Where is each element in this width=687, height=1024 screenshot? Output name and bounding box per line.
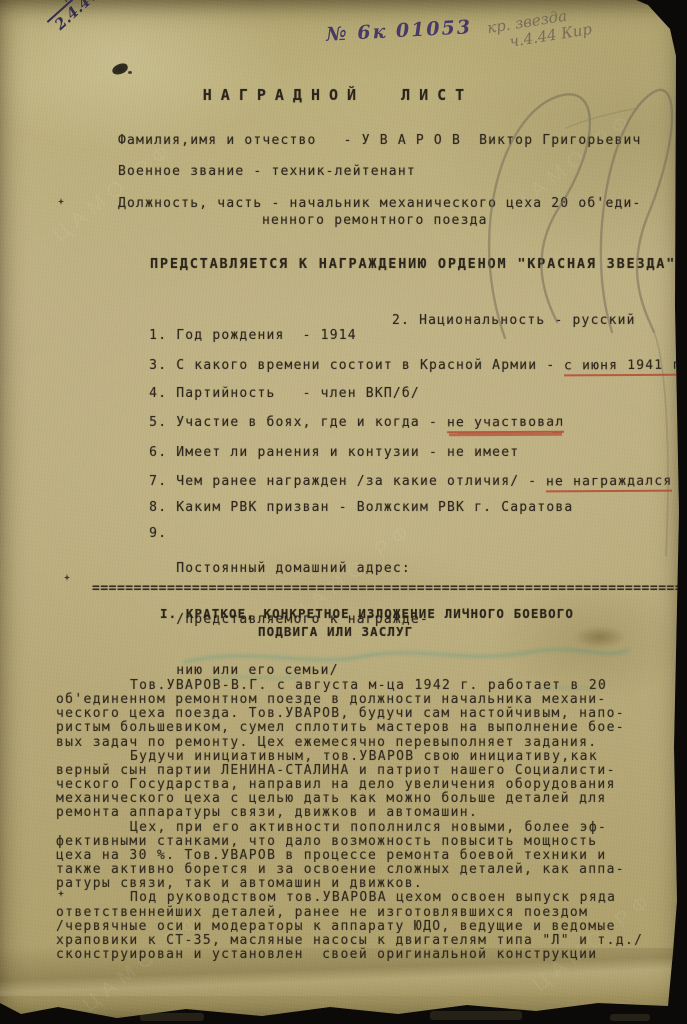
handwritten-date-mark: к 2.4.44 (40, 0, 105, 36)
body-line: фективными станками, что дало возможност… (56, 835, 656, 849)
item-number: 2. (392, 313, 410, 328)
item-text: Партийность - член ВКП/б/ (176, 386, 420, 401)
body-line: /червячные оси и модераторы к аппарату Ю… (56, 920, 656, 934)
field-position-line: Должность, часть - начальник механическо… (118, 196, 642, 211)
address-line: нию или его семьи/ (176, 662, 429, 679)
under-page-fragment (140, 1013, 204, 1021)
field-name-line: Фамилия,имя и отчество - У В А Р О В Вик… (118, 133, 642, 148)
ink-speck (58, 198, 64, 205)
body-line: ответственнейших деталей, ранее не изгот… (56, 906, 656, 920)
item-number: 9. (149, 526, 167, 541)
handwritten-document-number: № 6к 01053 (326, 16, 473, 46)
item-number: 5. (149, 415, 167, 430)
section-title-line2: ПОДВИГА ИЛИ ЗАСЛУГ (258, 624, 413, 639)
item-birth-year: 1.Год рождения - 1914 (149, 328, 357, 343)
body-line: Будучи инициативным, тов.УВАРОВ свою ини… (56, 750, 656, 764)
item-number: 1. (149, 328, 167, 343)
handwritten-award-note: кр. звезда ч.4.44 Кир (486, 4, 593, 54)
body-line: вых задач по ремонту. Цех ежемесячно пер… (56, 736, 656, 750)
body-line: ремонта аппаратуры связи, движков и авто… (56, 806, 656, 820)
ink-speck (64, 574, 70, 581)
document-page: ЦАМО РФ ЦАМО РФ ЦАМО РФ ЦАМО РФ ЦАМО РФ … (0, 0, 687, 1024)
ink-blot (111, 62, 129, 76)
field-rank-line: Военное звание - техник-лейтенант (118, 164, 416, 179)
ink-dot (128, 71, 132, 74)
document-title: НАГРАДНОЙ ЛИСТ (0, 86, 676, 104)
paper-stain (574, 626, 626, 648)
field-position-line-cont: ненного ремонтного поезда (262, 213, 488, 228)
body-line: ристым большевиком, сумел сплотить масте… (56, 721, 656, 735)
body-line: ратуры связи, так и автомашин и движков. (56, 877, 656, 891)
item-nationality: 2.Национальность - русский (392, 313, 636, 328)
citation-body: Тов.УВАРОВ-В.Г. с августа м-ца 1942 г. р… (56, 679, 656, 962)
item-text: Национальность - русский (419, 313, 636, 328)
item-text: Участие в боях, где и когда - (176, 415, 447, 430)
item-number: 6. (149, 445, 167, 460)
body-line: Цех, при его активности пополнился новым… (56, 821, 656, 835)
body-line: также активно борется и за освоение слож… (56, 863, 656, 877)
body-line: храповики к СТ-35, масляные насосы к дви… (56, 934, 656, 948)
section-title-line1: I. КРАТКОЕ, КОНКРЕТНОЕ ИЗЛОЖЕНИЕ ЛИЧНОГО… (160, 606, 574, 621)
scan-background: ЦАМО РФ ЦАМО РФ ЦАМО РФ ЦАМО РФ ЦАМО РФ … (0, 0, 687, 1024)
item-number: 4. (149, 386, 167, 401)
body-line: Под руководством тов.УВАРОВА цехом освое… (56, 891, 656, 905)
item-text: Имеет ли ранения и контузии - не имеет (176, 445, 519, 460)
body-line: верный сын партии ЛЕНИНА-СТАЛИНА и патри… (56, 764, 656, 778)
presentation-heading: ПРЕДСТАВЛЯЕТСЯ К НАГРАЖДЕНИЮ ОРДЕНОМ "КР… (150, 256, 676, 272)
section-divider: ========================================… (92, 581, 678, 596)
under-page-fragment (610, 1014, 650, 1021)
body-line: механического цеха с целью дать как можн… (56, 792, 656, 806)
under-page-fragment (430, 1011, 522, 1020)
address-line: Постоянный домашний адрес: (176, 560, 429, 577)
item-underlined-value: с июня 1941 года (564, 358, 687, 377)
body-line: цеха на 30 %. Тов.УВАРОВ в процессе ремо… (56, 849, 656, 863)
item-text: Год рождения - 1914 (176, 328, 357, 343)
body-line: сконструирован и установлен своей оригин… (56, 948, 656, 962)
archive-watermark: ЦАМО РФ (48, 137, 179, 247)
